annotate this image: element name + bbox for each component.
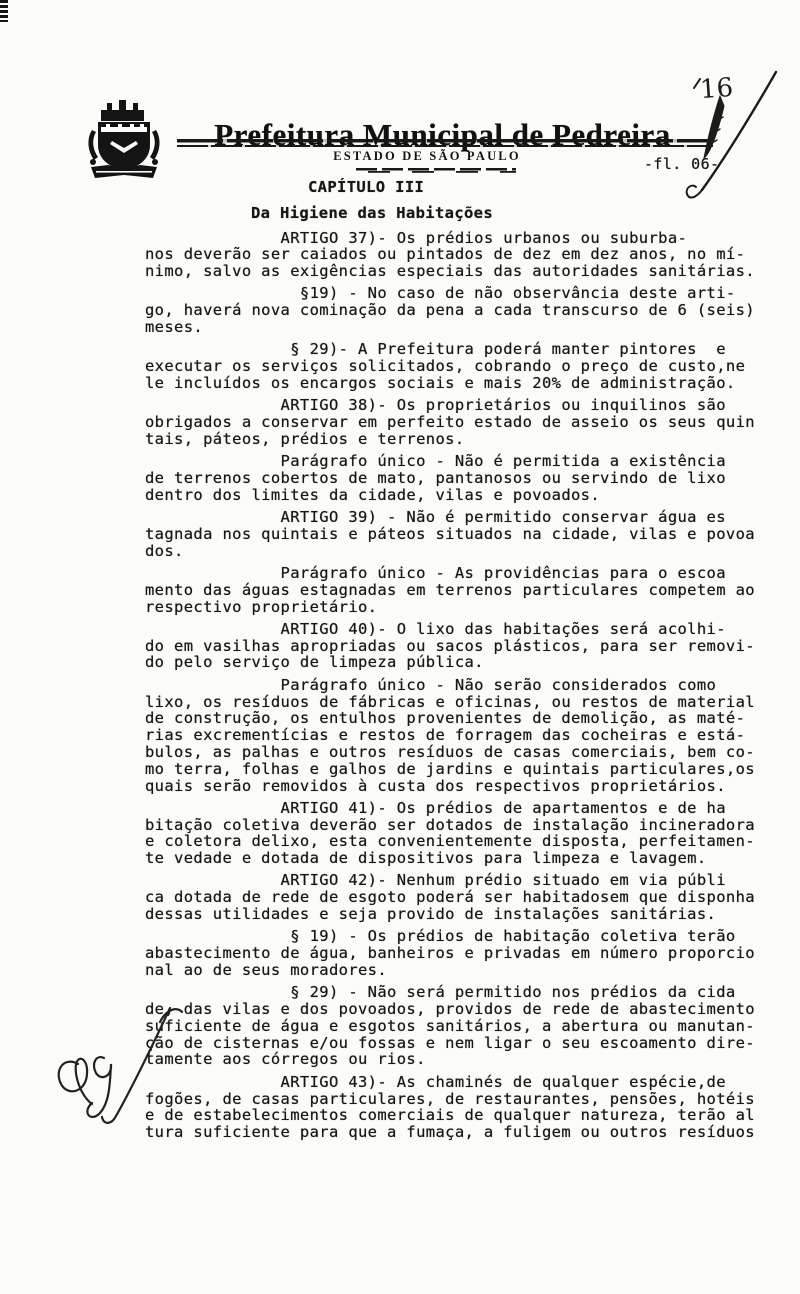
chapter-title: CAPÍTULO III	[308, 179, 790, 196]
subtitle-rule	[356, 168, 516, 173]
paragraph-artigo-42-par-1: § 19) - Os prédios de habitação coletiva…	[145, 928, 790, 978]
paragraph-artigo-42: ARTIGO 42)- Nenhum prédio situado em via…	[145, 872, 790, 922]
document-body: CAPÍTULO III Da Higiene das Habitações A…	[145, 179, 790, 1146]
scan-edge-artifact-icon	[0, 0, 8, 22]
paragraph-artigo-39-par-unico: Parágrafo único - As providências para o…	[145, 565, 790, 615]
paragraph-artigo-38: ARTIGO 38)- Os proprietários ou inquilin…	[145, 397, 790, 447]
paragraph-artigo-39: ARTIGO 39) - Não é permitido conservar á…	[145, 509, 790, 559]
paragraph-artigo-38-par-unico: Parágrafo único - Não é permitida a exis…	[145, 453, 790, 503]
paragraph-artigo-43: ARTIGO 43)- As chaminés de qualquer espé…	[145, 1074, 790, 1141]
paragraph-artigo-40-par-unico: Parágrafo único - Não serão considerados…	[145, 677, 790, 795]
paragraph-artigo-42-par-2: § 29) - Não será permitido nos prédios d…	[145, 984, 790, 1068]
paragraph-artigo-37-par-2: § 29)- A Prefeitura poderá manter pintor…	[145, 341, 790, 391]
document-page: Prefeitura Municipal de Pedreira ESTADO …	[0, 0, 800, 1294]
paragraph-artigo-41: ARTIGO 41)- Os prédios de apartamentos e…	[145, 800, 790, 867]
paragraph-artigo-37: ARTIGO 37)- Os prédios urbanos ou suburb…	[145, 230, 790, 280]
chapter-subtitle: Da Higiene das Habitações	[251, 205, 790, 222]
coat-of-arms-icon	[84, 96, 164, 184]
municipality-title: Prefeitura Municipal de Pedreira	[170, 117, 715, 153]
paragraph-artigo-40: ARTIGO 40)- O lixo das habitações será a…	[145, 621, 790, 671]
state-subtitle: ESTADO DE SÃO PAULO	[177, 149, 677, 164]
paragraph-artigo-37-par-1: §19) - No caso de não observância deste …	[145, 285, 790, 335]
handwritten-signature-icon	[44, 998, 194, 1138]
header-rule	[177, 139, 713, 147]
